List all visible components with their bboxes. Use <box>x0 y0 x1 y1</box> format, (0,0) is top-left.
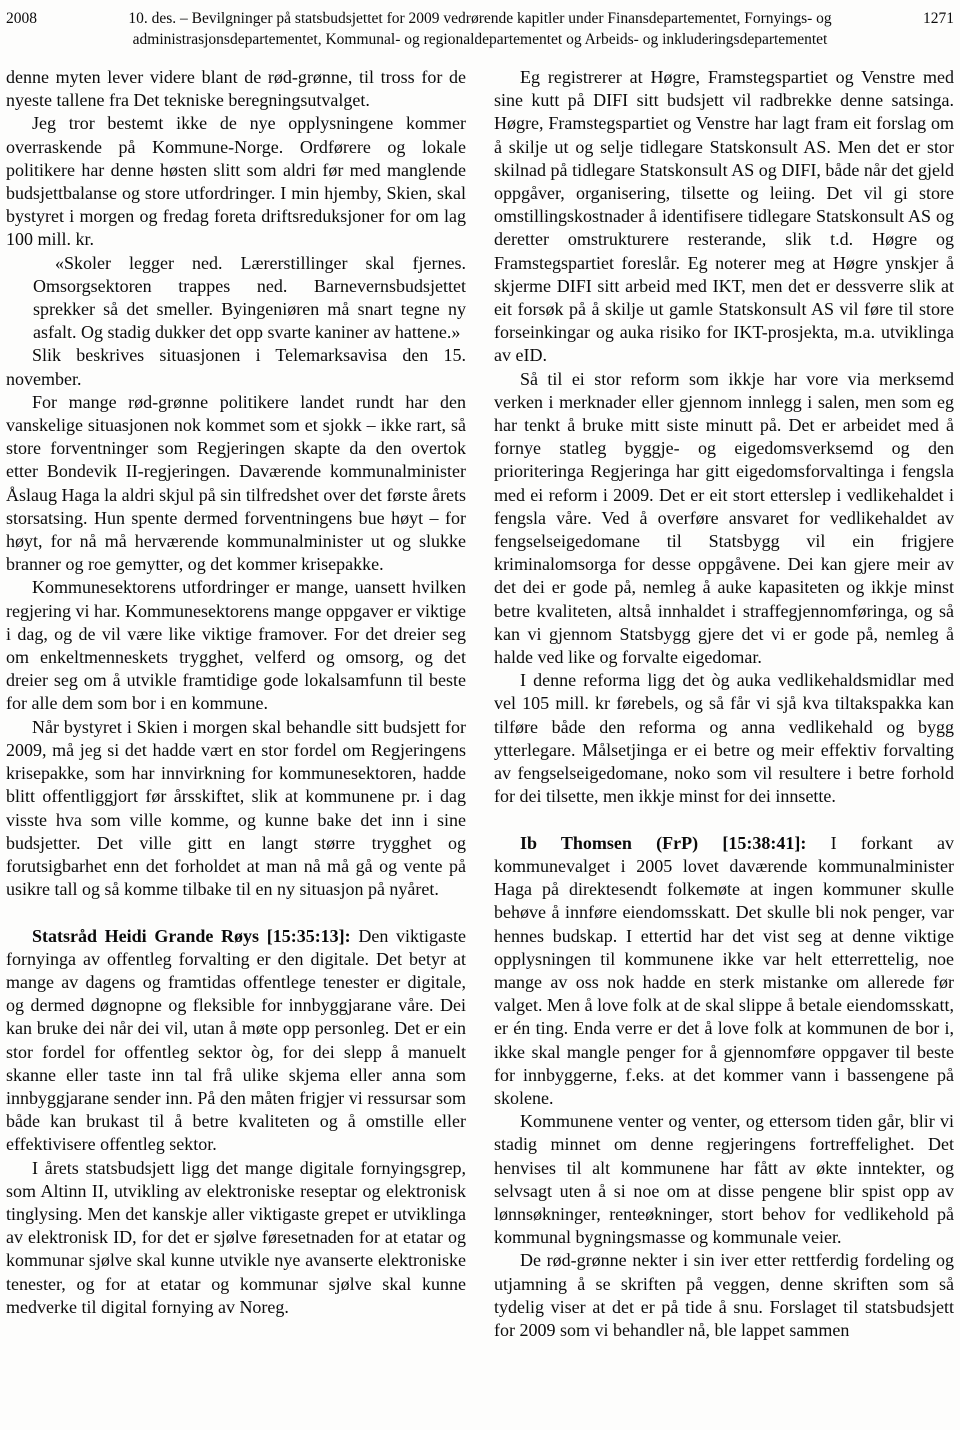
paragraph: For mange rød-grønne politikere landet r… <box>6 391 466 577</box>
text-columns: denne myten lever videre blant de rød-gr… <box>6 66 954 1342</box>
paragraph: Så til ei stor reform som ikkje har vore… <box>494 368 954 670</box>
speaker-name: Ib Thomsen (FrP) [15:38:41]: <box>520 833 806 853</box>
speech-paragraph: Ib Thomsen (FrP) [15:38:41]: I forkant a… <box>494 832 954 1110</box>
paragraph: Kommunesektorens utfordringer er mange, … <box>6 576 466 715</box>
speech-paragraph: Statsråd Heidi Grande Røys [15:35:13]: D… <box>6 925 466 1157</box>
paragraph: denne myten lever videre blant de rød-gr… <box>6 66 466 112</box>
page-number: 1271 <box>882 9 954 30</box>
paragraph: Jeg tror bestemt ikke de nye opplysninge… <box>6 112 466 251</box>
paragraph: De rød-grønne nekter i sin iver etter re… <box>494 1249 954 1342</box>
column-left: denne myten lever videre blant de rød-gr… <box>6 66 466 1342</box>
page-header: 2008 10. des. – Bevilgninger på statsbud… <box>6 9 954 50</box>
document-page: 2008 10. des. – Bevilgninger på statsbud… <box>0 0 960 1342</box>
header-year: 2008 <box>6 9 78 30</box>
page-title: 10. des. – Bevilgninger på statsbudsjett… <box>78 9 882 50</box>
quote-paragraph: «Skoler legger ned. Lærerstillinger skal… <box>33 252 466 345</box>
paragraph: Eg registrerer at Høgre, Framstegspartie… <box>494 66 954 368</box>
paragraph: I årets statsbudsjett ligg det mange dig… <box>6 1157 466 1319</box>
paragraph: Slik beskrives situasjonen i Telemarksav… <box>6 344 466 390</box>
paragraph: Kommunene venter og venter, og ettersom … <box>494 1110 954 1249</box>
paragraph: Når bystyret i Skien i morgen skal behan… <box>6 716 466 902</box>
speaker-name: Statsråd Heidi Grande Røys [15:35:13]: <box>32 926 351 946</box>
column-right: Eg registrerer at Høgre, Framstegspartie… <box>494 66 954 1342</box>
paragraph: I denne reforma ligg det òg auka vedlike… <box>494 669 954 808</box>
